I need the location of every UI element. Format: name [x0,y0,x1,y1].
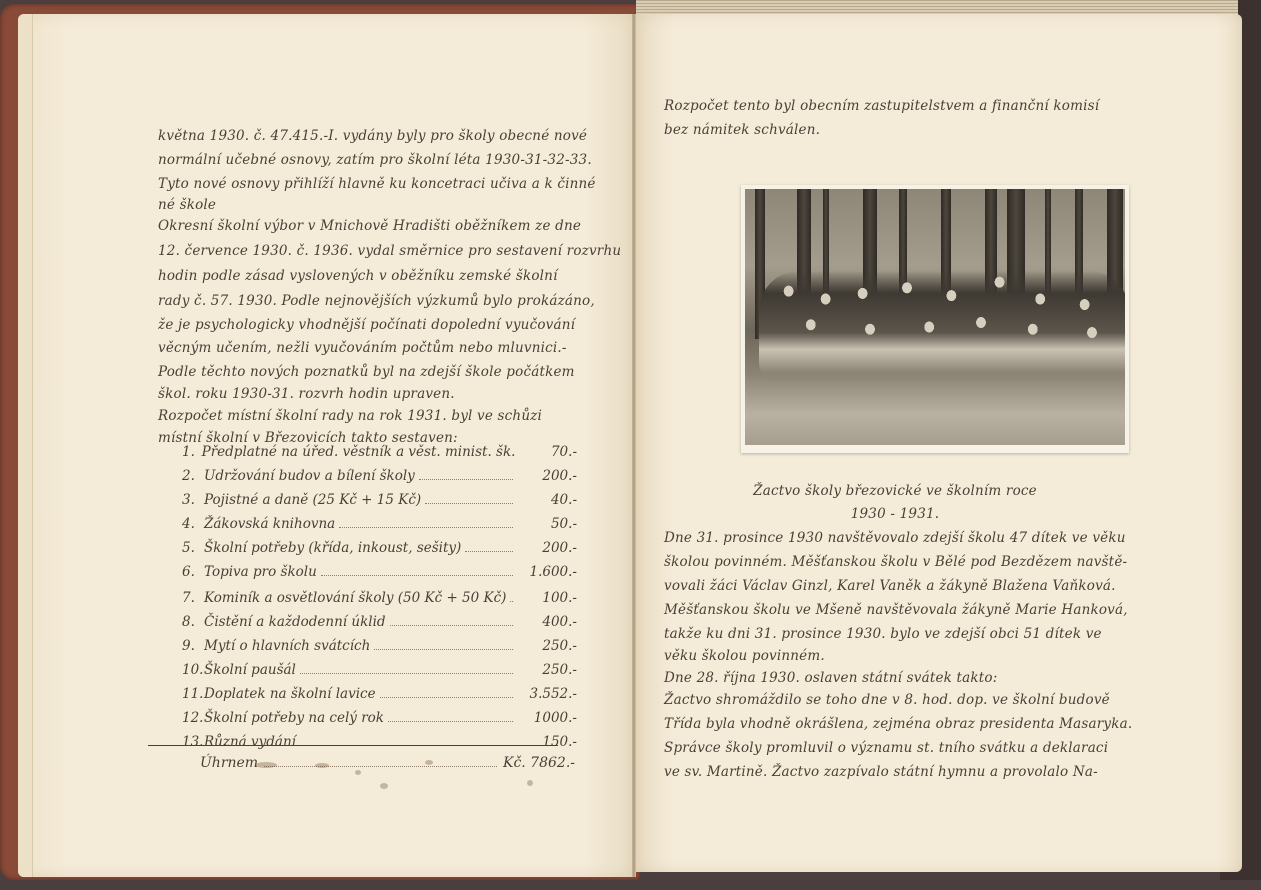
text-line: května 1930. č. 47.415.-I. vydány byly p… [158,128,587,144]
ink-stain [527,780,533,786]
text-line: Dne 28. října 1930. oslaven státní sváte… [664,670,998,686]
item-number: 11. [182,686,204,702]
total-amount: Kč. 7862.- [503,755,575,771]
item-number: 2. [182,468,204,484]
item-amount: 3.552.- [517,686,577,702]
item-label: Různá vydání [204,734,296,750]
item-number: 10. [182,662,204,678]
item-number: 5. [182,540,204,556]
leader-dots [339,526,513,528]
item-number: 1. [182,444,202,460]
item-label: Školní paušál [204,662,296,678]
budget-row: 11.Doplatek na školní lavice3.552.- [182,686,577,710]
sum-underline [148,745,558,746]
item-amount: 150.- [517,734,577,750]
ink-stain [380,783,388,789]
item-label: Pojistné a daně (25 Kč + 15 Kč) [204,492,421,508]
item-label: Udržování budov a bílení školy [204,468,415,484]
text-line: věku školou povinném. [664,648,825,664]
text-line: Tyto nové osnovy přihlíží hlavně ku konc… [158,176,596,192]
item-number: 6. [182,564,204,580]
leader-dots [264,766,497,767]
leader-dots [374,648,513,650]
book-gutter [632,14,636,877]
item-label: Čistění a každodenní úklid [204,614,386,630]
budget-row: 9.Mytí o hlavních svátcích250.- [182,638,577,662]
text-line: 12. července 1930. č. 1936. vydal směrni… [158,243,621,259]
text-line: Třída byla vhodně okrášlena, zejména obr… [664,716,1132,732]
budget-row: 5.Školní potřeby (křída, inkoust, sešity… [182,540,577,564]
text-line: Správce školy promluvil o významu st. tn… [664,740,1108,756]
total-label: Úhrnem [200,755,258,771]
item-amount: 250.- [517,662,577,678]
item-label: Školní potřeby na celý rok [204,710,384,726]
text-line: né škole [158,197,216,213]
item-label: Žákovská knihovna [204,516,335,532]
leader-dots [419,478,513,480]
text-line: Rozpočet místní školní rady na rok 1931.… [158,408,542,424]
text-line: Dne 31. prosince 1930 navštěvovalo zdejš… [664,530,1126,546]
item-number: 4. [182,516,204,532]
text-line: bez námitek schválen. [664,122,820,138]
text-line: školou povinném. Měšťanskou školu v Bělé… [664,554,1127,570]
ink-stain [255,762,277,768]
text-line: hodin podle zásad vyslovených v oběžníku… [158,268,558,284]
item-label: Topiva pro školu [204,564,317,580]
leader-dots [510,600,513,602]
leader-dots [321,574,513,576]
budget-row: 8.Čistění a každodenní úklid400.- [182,614,577,638]
text-line: normální učebné osnovy, zatím pro školní… [158,152,592,168]
item-amount: 200.- [517,540,577,556]
item-amount: 40.- [517,492,577,508]
item-label: Mytí o hlavních svátcích [204,638,370,654]
item-number: 9. [182,638,204,654]
item-label: Předplatné na úřed. věstník a věst. mini… [202,444,516,460]
item-amount: 250.- [517,638,577,654]
item-number: 3. [182,492,204,508]
item-label: Kominík a osvětlování školy (50 Kč + 50 … [204,590,506,606]
open-ledger-book: května 1930. č. 47.415.-I. vydány byly p… [0,0,1261,890]
budget-row: 4.Žákovská knihovna50.- [182,516,577,540]
photo-image [745,189,1125,445]
item-label: Školní potřeby (křída, inkoust, sešity) [204,540,461,556]
text-line: takže ku dni 31. prosince 1930. bylo ve … [664,626,1102,642]
ink-stain [425,760,433,765]
leader-dots [465,550,513,552]
text-line: škol. roku 1930-31. rozvrh hodin upraven… [158,386,455,402]
item-number: 7. [182,590,204,606]
text-line: ve sv. Martině. Žactvo zazpívalo státní … [664,764,1098,780]
text-line: Rozpočet tento byl obecním zastupitelstv… [664,98,1099,114]
leader-dots [390,624,513,626]
leader-dots [380,696,513,698]
item-number: 12. [182,710,204,726]
leader-dots [425,502,513,504]
budget-row: 2.Udržování budov a bílení školy200.- [182,468,577,492]
text-line: Měšťanskou školu ve Mšeně navštěvovala ž… [664,602,1128,618]
text-line: Okresní školní výbor v Mnichově Hradišti… [158,218,581,234]
item-amount: 70.- [523,444,577,460]
photo-caption: Žactvo školy březovické ve školním roce [660,483,1130,499]
leader-dots [300,672,513,674]
text-line: Podle těchto nových poznatků byl na zdej… [158,364,575,380]
text-line: Žactvo shromáždilo se toho dne v 8. hod.… [664,692,1110,708]
item-amount: 100.- [517,590,577,606]
ink-stain [315,763,329,768]
text-line: vovali žáci Václav Ginzl, Karel Vaněk a … [664,578,1116,594]
photo-caption-year: 1930 - 1931. [660,506,1130,522]
budget-row: 7.Kominík a osvětlování školy (50 Kč + 5… [182,590,577,614]
budget-row: 10.Školní paušál250.- [182,662,577,686]
item-amount: 400.- [517,614,577,630]
budget-row: 12.Školní potřeby na celý rok1000.- [182,710,577,734]
item-number: 8. [182,614,204,630]
text-line: věcným učením, nežli vyučováním počtům n… [158,340,567,356]
item-amount: 200.- [517,468,577,484]
text-line: rady č. 57. 1930. Podle nejnovějších výz… [158,293,595,309]
text-line: že je psychologicky vhodnější počínati d… [158,317,575,333]
budget-row: 3.Pojistné a daně (25 Kč + 15 Kč)40.- [182,492,577,516]
left-page-edge [18,14,33,877]
item-amount: 1000.- [517,710,577,726]
leader-dots [388,720,513,722]
class-photograph [741,185,1129,453]
budget-row: 6.Topiva pro školu1.600.- [182,564,577,588]
item-amount: 50.- [517,516,577,532]
item-amount: 1.600.- [517,564,577,580]
budget-row: 1.Předplatné na úřed. věstník a věst. mi… [182,444,577,468]
item-number: 13. [182,734,204,750]
ink-stain [355,770,361,775]
item-label: Doplatek na školní lavice [204,686,376,702]
photo-group-of-pupils [759,271,1125,383]
